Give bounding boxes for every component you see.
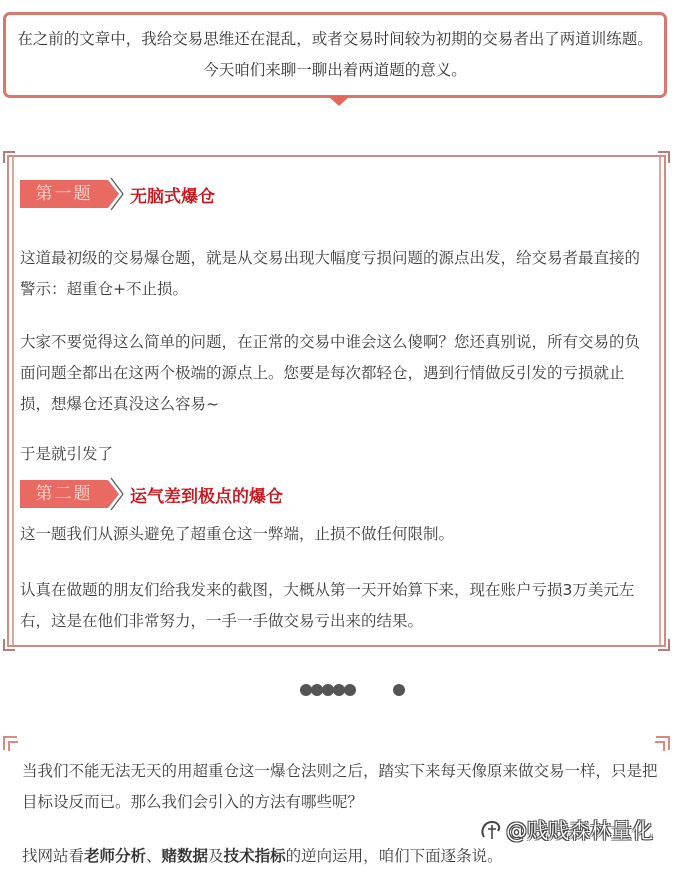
divider-dot-icon (344, 684, 356, 696)
question1-paragraph: 大家不要觉得这么简单的问题，在正常的交易中谁会这么傻啊？您还真别说，所有交易的负… (20, 327, 654, 420)
callout-pointer-icon (328, 96, 350, 106)
question1-paragraph: 这道最初级的交易爆仓题，就是从交易出现大幅度亏损问题的源点出发，给交易者最直接的… (20, 243, 654, 305)
frame-inner-line (12, 157, 14, 645)
question1-title: 无脑式爆仓 (130, 182, 215, 207)
section-divider-dots (300, 684, 404, 696)
closing-paragraph: 当我们不能无法无天的用超重仓这一爆仓法则之后，踏实下来每天像原来做交易一样，只是… (22, 756, 662, 818)
bold-term-gambling-data: 赌数据 (162, 847, 209, 865)
weibo-logo-icon (478, 817, 504, 843)
text-span: 及 (208, 847, 224, 865)
corner-bracket-icon (8, 741, 18, 751)
chevron-right-icon (108, 477, 124, 511)
question2-title: 运气差到极点的爆仓 (130, 482, 283, 507)
chevron-right-icon (108, 177, 124, 211)
text-span: 找网站看 (22, 847, 84, 865)
watermark: @贱贱森林量化 (478, 815, 653, 845)
question1-heading: 第一题 无脑式爆仓 (20, 177, 215, 211)
divider-dot-icon (393, 684, 405, 696)
question2-paragraph: 这一题我们从源头避免了超重仓这一弊端，止损不做任何限制。 (20, 519, 654, 550)
question1-paragraph: 于是就引发了 (20, 439, 654, 470)
bold-term-teacher-analysis: 老师分析 (84, 847, 146, 865)
frame-inner-line (659, 157, 661, 645)
text-span: 、 (146, 847, 162, 865)
question2-badge: 第二题 (20, 480, 108, 508)
question2-paragraph: 认真在做题的朋友们给我发来的截图，大概从第一天开始算下来，现在账户亏损3万美元左… (20, 575, 654, 637)
closing-paragraph-methods: 找网站看老师分析、赌数据及技术指标的逆向运用，咱们下面逐条说。 (22, 841, 662, 872)
question1-badge: 第一题 (20, 180, 108, 208)
intro-text: 在之前的文章中，我给交易思维还在混乱，或者交易时间较为初期的交易者出了两道训练题… (6, 24, 664, 86)
text-span: 的逆向运用，咱们下面逐条说。 (286, 847, 503, 865)
frame-corner-decoration (3, 151, 15, 163)
intro-callout: 在之前的文章中，我给交易思维还在混乱，或者交易时间较为初期的交易者出了两道训练题… (3, 12, 667, 98)
questions-frame: 第一题 无脑式爆仓 这道最初级的交易爆仓题，就是从交易出现大幅度亏损问题的源点出… (7, 155, 666, 647)
watermark-text: @贱贱森林量化 (506, 815, 653, 845)
corner-bracket-icon (655, 741, 665, 751)
question2-heading: 第二题 运气差到极点的爆仓 (20, 477, 283, 511)
bold-term-technical-indicators: 技术指标 (224, 847, 286, 865)
